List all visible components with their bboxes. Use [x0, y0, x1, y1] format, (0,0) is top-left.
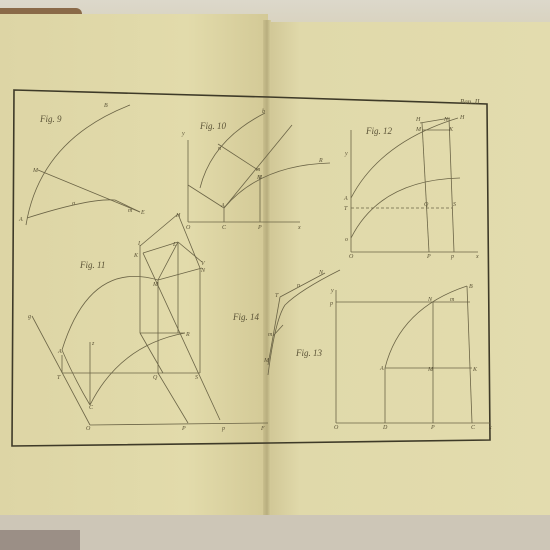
- svg-text:A: A: [18, 217, 23, 223]
- svg-text:x: x: [488, 425, 492, 431]
- svg-text:P: P: [181, 426, 186, 432]
- svg-text:B: B: [469, 284, 473, 290]
- svg-text:M: M: [427, 367, 434, 373]
- figure-14: [268, 270, 340, 375]
- svg-text:P: P: [430, 425, 435, 431]
- svg-text:o: o: [345, 237, 348, 243]
- svg-text:Q: Q: [424, 202, 429, 208]
- svg-text:R: R: [185, 332, 190, 338]
- svg-text:K: K: [448, 127, 454, 133]
- svg-text:F: F: [260, 426, 265, 432]
- engraved-plate: Pan. II: [0, 0, 550, 550]
- svg-text:m: m: [450, 297, 455, 303]
- svg-text:K: K: [133, 253, 139, 259]
- svg-text:M: M: [415, 127, 422, 133]
- svg-text:m: m: [268, 332, 273, 338]
- figure-11-title: Fig. 11: [79, 260, 105, 270]
- svg-text:R: R: [318, 158, 323, 164]
- svg-text:m: m: [256, 167, 261, 173]
- svg-text:p: p: [221, 426, 225, 432]
- svg-text:C: C: [222, 225, 227, 231]
- svg-text:y: y: [344, 151, 348, 157]
- svg-text:T: T: [344, 206, 348, 212]
- svg-text:H: H: [175, 213, 181, 219]
- svg-text:D: D: [382, 425, 388, 431]
- svg-text:S: S: [453, 202, 456, 208]
- svg-text:p: p: [450, 254, 454, 260]
- svg-text:N: N: [200, 268, 206, 274]
- svg-text:M: M: [152, 282, 159, 288]
- svg-text:K: K: [472, 367, 478, 373]
- svg-text:H: H: [415, 117, 421, 123]
- svg-text:H: H: [459, 115, 465, 121]
- svg-text:M: M: [32, 168, 39, 174]
- svg-text:n: n: [218, 146, 221, 152]
- svg-text:A: A: [220, 203, 225, 209]
- figure-9-title: Fig. 9: [39, 114, 62, 124]
- svg-text:Q: Q: [153, 375, 158, 381]
- svg-text:O: O: [86, 426, 91, 432]
- figure-10-title: Fig. 10: [199, 121, 226, 131]
- svg-text:P: P: [426, 254, 431, 260]
- svg-text:y: y: [181, 131, 185, 137]
- svg-text:O: O: [186, 225, 191, 231]
- svg-text:C: C: [89, 405, 94, 411]
- svg-text:p: p: [329, 301, 333, 307]
- svg-text:L: L: [172, 242, 177, 248]
- svg-text:O: O: [349, 254, 354, 260]
- svg-text:M: M: [256, 175, 263, 181]
- figure-12: [351, 118, 478, 252]
- svg-text:y: y: [330, 288, 334, 294]
- svg-text:S: S: [195, 375, 198, 381]
- figure-13: [336, 286, 490, 423]
- svg-text:O: O: [334, 425, 339, 431]
- svg-text:σ: σ: [72, 201, 76, 207]
- svg-text:N: N: [443, 117, 449, 123]
- svg-text:g: g: [28, 314, 31, 320]
- svg-text:T: T: [57, 375, 61, 381]
- svg-text:C: C: [471, 425, 476, 431]
- svg-text:b: b: [262, 109, 265, 115]
- svg-text:A: A: [57, 349, 62, 355]
- svg-text:V: V: [201, 261, 206, 267]
- svg-text:m: m: [128, 208, 133, 214]
- figure-12-title: Fig. 12: [365, 126, 392, 136]
- svg-text:x: x: [475, 254, 479, 260]
- figure-14-title: Fig. 14: [232, 312, 259, 322]
- svg-text:T: T: [275, 293, 279, 299]
- plate-label: Pan. II: [459, 98, 480, 106]
- svg-text:A: A: [343, 196, 348, 202]
- svg-text:P: P: [257, 225, 262, 231]
- svg-text:A: A: [379, 366, 384, 372]
- svg-text:z: z: [91, 341, 95, 347]
- svg-text:x: x: [297, 225, 301, 231]
- svg-text:N: N: [318, 270, 324, 276]
- svg-text:M: M: [263, 358, 270, 364]
- svg-text:B: B: [104, 103, 108, 109]
- svg-text:n: n: [297, 283, 300, 289]
- svg-text:E: E: [140, 210, 145, 216]
- figure-13-title: Fig. 13: [295, 348, 322, 358]
